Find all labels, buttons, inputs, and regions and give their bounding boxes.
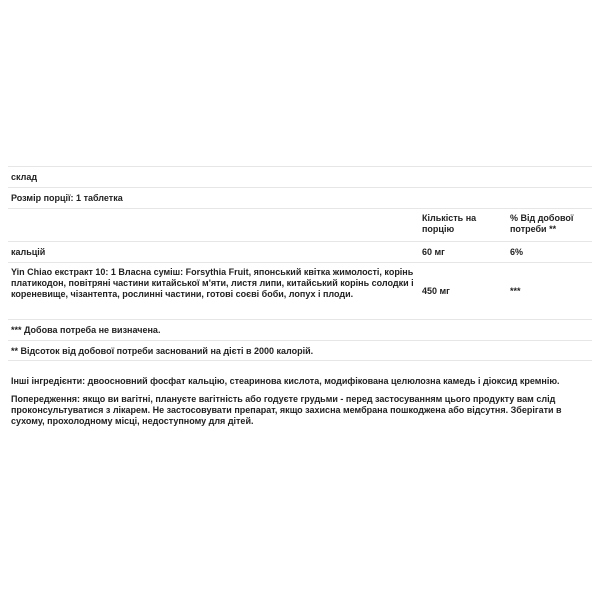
- serving-size: Розмір порції: 1 таблетка: [8, 187, 592, 208]
- nutrient-daily-value: ***: [510, 267, 589, 319]
- header-name-spacer: [11, 213, 422, 241]
- product-notes: Інші інгредієнти: двоосновний фосфат кал…: [11, 376, 591, 434]
- table-row: Yin Chiao екстракт 10: 1 Власна суміш: F…: [8, 262, 592, 319]
- supplement-facts-table: склад Розмір порції: 1 таблетка Кількіст…: [8, 166, 592, 361]
- nutrient-amount: 60 мг: [422, 247, 510, 262]
- footnote-daily-value-basis: ** Відсоток від добової потреби заснован…: [8, 340, 592, 361]
- header-daily-value: % Від добової потреби **: [510, 213, 589, 241]
- nutrient-amount: 450 мг: [422, 267, 510, 319]
- nutrient-name: кальцій: [11, 247, 422, 262]
- footnote-not-established: *** Добова потреба не визначена.: [8, 319, 592, 340]
- warning-text: Попередження: якщо ви вагітні, плануєте …: [11, 394, 591, 427]
- other-ingredients: Інші інгредієнти: двоосновний фосфат кал…: [11, 376, 591, 387]
- header-amount: Кількість на порцію: [422, 213, 510, 241]
- nutrient-daily-value: 6%: [510, 247, 589, 262]
- table-header: Кількість на порцію % Від добової потреб…: [8, 208, 592, 241]
- table-title: склад: [8, 166, 592, 187]
- table-row: кальцій 60 мг 6%: [8, 241, 592, 262]
- nutrient-name: Yin Chiao екстракт 10: 1 Власна суміш: F…: [11, 267, 422, 319]
